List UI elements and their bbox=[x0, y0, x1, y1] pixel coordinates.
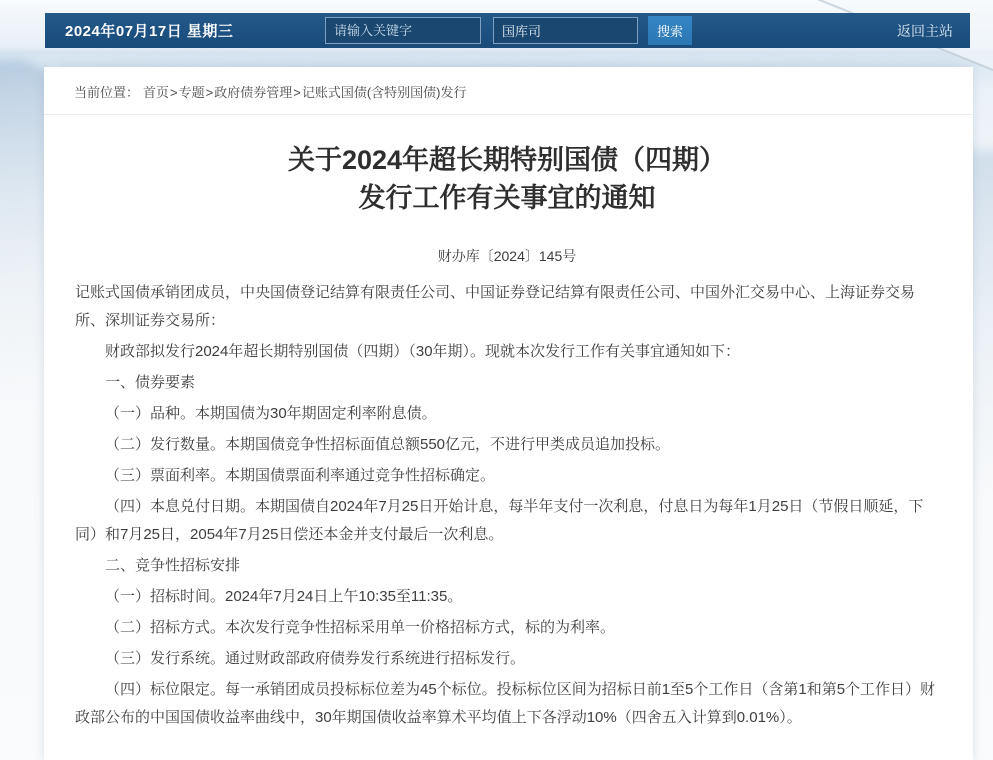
breadcrumb-separator: > bbox=[170, 85, 178, 100]
item-2-2-bidding-method: （二）招标方式。本次发行竞争性招标采用单一价格招标方式，标的为利率。 bbox=[75, 614, 939, 642]
breadcrumb: 当前位置：首页>专题>政府债券管理>记账式国债(含特别国债)发行 bbox=[44, 67, 973, 115]
item-1-3-coupon-rate: （三）票面利率。本期国债票面利率通过竞争性招标确定。 bbox=[75, 462, 939, 490]
item-2-4-bid-position-limits: （四）标位限定。每一承销团成员投标标位差为45个标位。投标标位区间为招标日前1至… bbox=[75, 676, 939, 732]
search-button[interactable]: 搜索 bbox=[648, 16, 692, 45]
notice-article: 关于2024年超长期特别国债（四期） 发行工作有关事宜的通知 财办库〔2024〕… bbox=[44, 115, 973, 732]
current-date: 2024年07月17日 星期三 bbox=[65, 20, 233, 41]
breadcrumb-separator: > bbox=[206, 85, 214, 100]
item-2-1-bidding-time: （一）招标时间。2024年7月24日上午10:35至11:35。 bbox=[75, 583, 939, 611]
notice-body: 记账式国债承销团成员，中央国债登记结算有限责任公司、中国证券登记结算有限责任公司… bbox=[75, 279, 939, 732]
section-2-competitive-bidding-heading: 二、竞争性招标安排 bbox=[75, 552, 939, 580]
section-1-bond-elements-heading: 一、债券要素 bbox=[75, 369, 939, 397]
document-number: 财办库〔2024〕145号 bbox=[75, 247, 939, 265]
notice-intro: 财政部拟发行2024年超长期特别国债（四期）（30年期）。现就本次发行工作有关事… bbox=[75, 338, 939, 366]
breadcrumb-book-entry-bond-issuance[interactable]: 记账式国债(含特别国债)发行 bbox=[302, 85, 467, 100]
notice-addressees: 记账式国债承销团成员，中央国债登记结算有限责任公司、中国证券登记结算有限责任公司… bbox=[75, 279, 939, 335]
breadcrumb-label: 当前位置： bbox=[74, 85, 139, 100]
notice-title-line2: 发行工作有关事宜的通知 bbox=[75, 179, 939, 217]
content-panel: 当前位置：首页>专题>政府债券管理>记账式国债(含特别国债)发行 关于2024年… bbox=[44, 67, 973, 760]
item-1-1-bond-type: （一）品种。本期国债为30年期固定利率附息债。 bbox=[75, 400, 939, 428]
item-1-4-principal-interest-dates: （四）本息兑付日期。本期国债自2024年7月25日开始计息，每半年支付一次利息，… bbox=[75, 493, 939, 549]
department-select[interactable]: 国库司 bbox=[493, 17, 638, 44]
breadcrumb-separator: > bbox=[293, 85, 301, 100]
search-input[interactable] bbox=[325, 17, 481, 44]
breadcrumb-gov-bond-management[interactable]: 政府债券管理 bbox=[214, 85, 292, 100]
breadcrumb-home[interactable]: 首页 bbox=[143, 85, 169, 100]
top-bar: 2024年07月17日 星期三 国库司 搜索 返回主站 bbox=[45, 13, 970, 48]
department-select-value: 国库司 bbox=[502, 21, 541, 40]
notice-title-line1: 关于2024年超长期特别国债（四期） bbox=[75, 141, 939, 179]
notice-title: 关于2024年超长期特别国债（四期） 发行工作有关事宜的通知 bbox=[75, 141, 939, 217]
breadcrumb-topics[interactable]: 专题 bbox=[179, 85, 205, 100]
back-to-main-site-link[interactable]: 返回主站 bbox=[897, 13, 953, 48]
item-2-3-issuing-system: （三）发行系统。通过财政部政府债券发行系统进行招标发行。 bbox=[75, 645, 939, 673]
item-1-2-issue-amount: （二）发行数量。本期国债竞争性招标面值总额550亿元，不进行甲类成员追加投标。 bbox=[75, 431, 939, 459]
